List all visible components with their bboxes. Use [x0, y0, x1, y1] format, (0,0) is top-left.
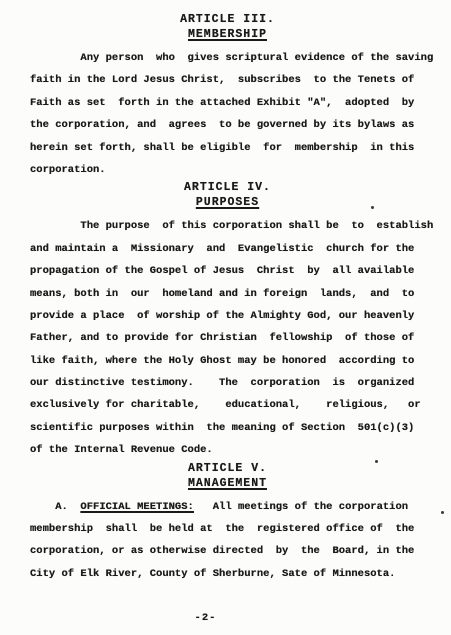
text-segment: membership shall be held at the register… — [30, 523, 414, 535]
underlined-phrase: OFFICIAL MEETINGS: — [80, 501, 193, 513]
text-segment: herein set forth, shall be eligible for … — [30, 142, 414, 154]
text-line: corporation, or as otherwise directed by… — [30, 540, 425, 562]
text-line: the corporation, and agrees to be govern… — [30, 114, 425, 136]
article-iv-section: ARTICLE IV. PURPOSES The purpose of this… — [30, 181, 425, 461]
text-segment: of the Internal Revenue Code. — [30, 444, 213, 456]
text-segment: exclusively for charitable, educational,… — [30, 399, 421, 411]
text-line: Faith as set forth in the attached Exhib… — [30, 92, 425, 114]
text-line: membership shall be held at the register… — [30, 518, 425, 540]
text-line: Any person who gives scriptural evidence… — [30, 47, 425, 69]
text-segment: Father, and to provide for Christian fel… — [30, 332, 414, 344]
text-segment: provide a place of worship of the Almigh… — [30, 310, 414, 322]
article-iii-section: ARTICLE III. MEMBERSHIP Any person who g… — [30, 13, 425, 181]
text-segment: corporation, or as otherwise directed by… — [30, 545, 414, 557]
article-iii-subheading: MEMBERSHIP — [30, 27, 425, 42]
article-iv-body: The purpose of this corporation shall be… — [30, 215, 425, 461]
article-v-section: ARTICLE V. MANAGEMENT A. OFFICIAL MEETIN… — [30, 462, 425, 586]
text-line: scientific purposes within the meaning o… — [30, 417, 425, 439]
text-line: propagation of the Gospel of Jesus Chris… — [30, 260, 425, 282]
scan-speck — [441, 511, 444, 514]
text-segment: and maintain a Missionary and Evangelist… — [30, 243, 414, 255]
text-line: provide a place of worship of the Almigh… — [30, 305, 425, 327]
text-segment: scientific purposes within the meaning o… — [30, 422, 414, 434]
text-segment: Faith as set forth in the attached Exhib… — [30, 97, 414, 109]
text-line: Father, and to provide for Christian fel… — [30, 327, 425, 349]
text-segment: faith in the Lord Jesus Christ, subscrib… — [30, 74, 414, 86]
article-iv-heading: ARTICLE IV. — [30, 181, 425, 195]
text-segment: All meetings of the corporation — [194, 501, 408, 513]
text-line: means, both in our homeland and in forei… — [30, 283, 425, 305]
scanned-document-page: ARTICLE III. MEMBERSHIP Any person who g… — [0, 0, 451, 635]
text-segment: City of Elk River, County of Sherburne, … — [30, 568, 395, 580]
scan-speck — [375, 460, 378, 463]
text-segment: Any person who gives scriptural evidence… — [30, 52, 433, 64]
scan-speck — [371, 206, 374, 209]
article-iii-heading: ARTICLE III. — [30, 13, 425, 27]
text-line: exclusively for charitable, educational,… — [30, 394, 425, 416]
text-segment: A. — [30, 501, 80, 513]
text-segment: corporation. — [30, 164, 106, 176]
article-iii-body: Any person who gives scriptural evidence… — [30, 47, 425, 181]
text-line: of the Internal Revenue Code. — [30, 439, 425, 461]
text-line: our distinctive testimony. The corporati… — [30, 372, 425, 394]
text-segment: like faith, where the Holy Ghost may be … — [30, 355, 414, 367]
text-segment: propagation of the Gospel of Jesus Chris… — [30, 265, 414, 277]
article-v-body: A. OFFICIAL MEETINGS: All meetings of th… — [30, 496, 425, 586]
text-segment: The purpose of this corporation shall be… — [30, 220, 433, 232]
text-line: A. OFFICIAL MEETINGS: All meetings of th… — [30, 496, 425, 518]
page-number: -2- — [0, 612, 411, 624]
text-line: like faith, where the Holy Ghost may be … — [30, 350, 425, 372]
text-line: The purpose of this corporation shall be… — [30, 215, 425, 237]
article-v-subheading: MANAGEMENT — [30, 476, 425, 491]
text-line: herein set forth, shall be eligible for … — [30, 137, 425, 159]
text-segment: our distinctive testimony. The corporati… — [30, 377, 414, 389]
text-segment: means, both in our homeland and in forei… — [30, 288, 414, 300]
article-v-heading: ARTICLE V. — [30, 462, 425, 476]
text-line: and maintain a Missionary and Evangelist… — [30, 238, 425, 260]
text-line: faith in the Lord Jesus Christ, subscrib… — [30, 69, 425, 91]
text-segment: the corporation, and agrees to be govern… — [30, 119, 414, 131]
text-line: corporation. — [30, 159, 425, 181]
article-iv-subheading: PURPOSES — [30, 195, 425, 210]
text-line: City of Elk River, County of Sherburne, … — [30, 563, 425, 585]
